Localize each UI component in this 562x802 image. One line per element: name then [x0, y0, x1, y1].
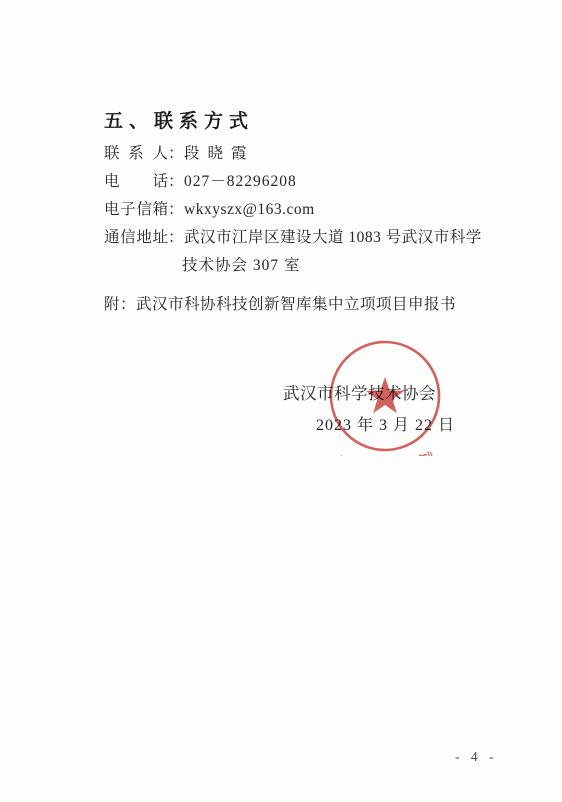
- contact-label: 联系人: [104, 140, 168, 168]
- section-heading: 五、联系方式: [104, 106, 254, 133]
- contact-person-value: 段晓霞: [184, 140, 255, 168]
- label-colon: ：: [168, 224, 184, 252]
- label-colon: ：: [168, 140, 184, 168]
- label-colon: ：: [168, 168, 184, 196]
- official-seal-stamp: 武汉市科学技术协会: [325, 336, 445, 456]
- email-value: wkxyszx@163.com: [184, 196, 315, 224]
- contact-row-address: 通信地址：武汉市江岸区建设大道 1083 号武汉市科学: [104, 224, 482, 252]
- address-value-line2: 技术协会 307 室: [182, 252, 482, 280]
- contact-label: 电子信箱: [104, 196, 168, 224]
- star-icon: [366, 377, 404, 413]
- contact-row-person: 联系人：段晓霞: [104, 140, 482, 168]
- contact-label: 电话: [104, 168, 168, 196]
- contact-row-phone: 电话：027－82296208: [104, 168, 482, 196]
- contact-row-email: 电子信箱：wkxyszx@163.com: [104, 196, 482, 224]
- contact-label: 通信地址: [104, 224, 168, 252]
- attachment-note: 附：武汉市科协科技创新智库集中立项项目申报书: [104, 291, 456, 319]
- phone-number-value: 027－82296208: [184, 168, 297, 196]
- address-value-line1: 武汉市江岸区建设大道 1083 号武汉市科学: [184, 224, 482, 252]
- contact-info-block: 联系人：段晓霞 电话：027－82296208 电子信箱：wkxyszx@163…: [104, 140, 482, 280]
- page-number: - 4 -: [455, 749, 498, 765]
- document-page: 五、联系方式 联系人：段晓霞 电话：027－82296208 电子信箱：wkxy…: [0, 0, 562, 802]
- label-colon: ：: [168, 196, 184, 224]
